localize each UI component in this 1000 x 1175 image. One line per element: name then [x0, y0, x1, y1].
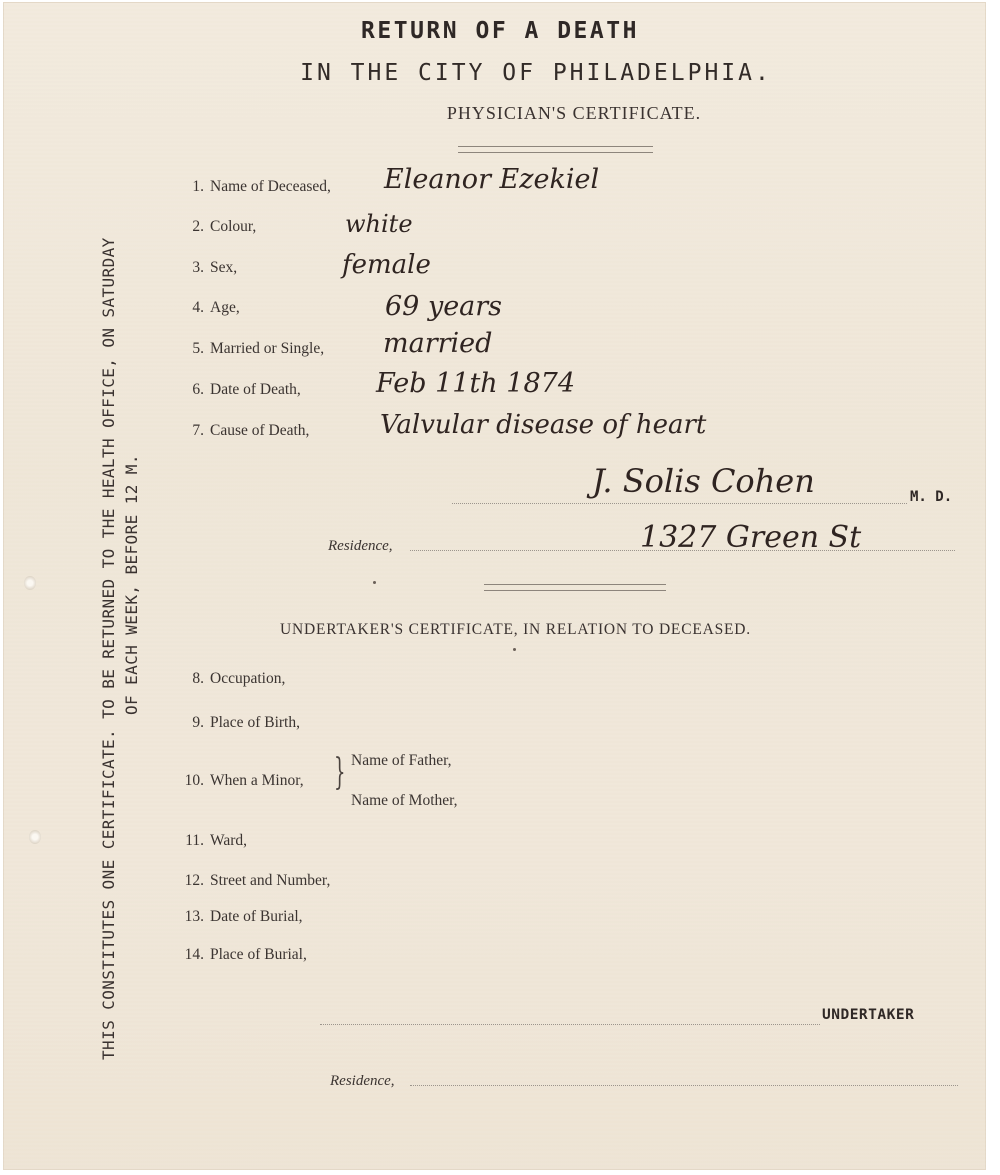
value-date-of-death[interactable]: Feb 11th 1874 [376, 368, 575, 399]
field-ward[interactable]: 11.Ward, [174, 832, 247, 850]
side-note-line-1: THIS CONSTITUTES ONE CERTIFICATE. TO BE … [99, 237, 118, 1060]
field-colour: 2.Colour, [182, 218, 256, 236]
field-place-of-birth[interactable]: 9.Place of Birth, [182, 714, 300, 732]
field-occupation[interactable]: 8.Occupation, [182, 670, 285, 688]
value-sex[interactable]: female [342, 250, 431, 280]
undertaker-label: UNDERTAKER [822, 1007, 914, 1023]
side-note-line-2: OF EACH WEEK, BEFORE 12 M. [122, 454, 141, 715]
physician-signature[interactable]: J. Solis Cohen [592, 462, 815, 500]
field-when-a-minor: 10.When a Minor, [174, 772, 304, 790]
field-name-of-deceased: 1.Name of Deceased, [182, 178, 331, 196]
signature-line [452, 503, 907, 504]
ink-speck [513, 648, 516, 651]
md-suffix: M. D. [910, 489, 952, 505]
field-married-or-single: 5.Married or Single, [182, 340, 324, 358]
physician-residence-value[interactable]: 1327 Green St [640, 520, 861, 555]
value-age[interactable]: 69 years [385, 291, 502, 322]
section-title-physician: PHYSICIAN'S CERTIFICATE. [0, 103, 1000, 124]
field-street-and-number[interactable]: 12.Street and Number, [174, 872, 330, 890]
divider [484, 584, 666, 591]
undertaker-residence-line[interactable] [410, 1085, 958, 1086]
undertaker-residence-label: Residence, [330, 1073, 395, 1090]
field-age: 4.Age, [182, 299, 240, 317]
punch-hole [29, 830, 41, 844]
field-date-of-burial[interactable]: 13.Date of Burial, [174, 908, 303, 926]
residence-label: Residence, [328, 538, 393, 555]
brace-icon: } [334, 755, 345, 791]
undertaker-signature-line[interactable] [320, 1024, 820, 1025]
field-name-of-mother[interactable]: Name of Mother, [351, 792, 458, 810]
value-name-of-deceased[interactable]: Eleanor Ezekiel [384, 164, 599, 195]
field-date-of-death: 6.Date of Death, [182, 381, 301, 399]
punch-hole [24, 576, 36, 590]
divider [458, 146, 653, 153]
value-colour[interactable]: white [345, 210, 413, 238]
value-cause-of-death[interactable]: Valvular disease of heart [380, 410, 706, 440]
document-title-city: IN THE CITY OF PHILADELPHIA. [0, 60, 1000, 86]
field-place-of-burial[interactable]: 14.Place of Burial, [174, 946, 307, 964]
document-title: RETURN OF A DEATH [0, 18, 1000, 44]
value-married-or-single[interactable]: married [383, 328, 492, 359]
field-name-of-father[interactable]: Name of Father, [351, 752, 452, 770]
field-cause-of-death: 7.Cause of Death, [182, 422, 309, 440]
field-sex: 3.Sex, [182, 259, 237, 277]
section-title-undertaker: UNDERTAKER'S CERTIFICATE, IN RELATION TO… [280, 621, 751, 639]
ink-speck [373, 581, 376, 584]
